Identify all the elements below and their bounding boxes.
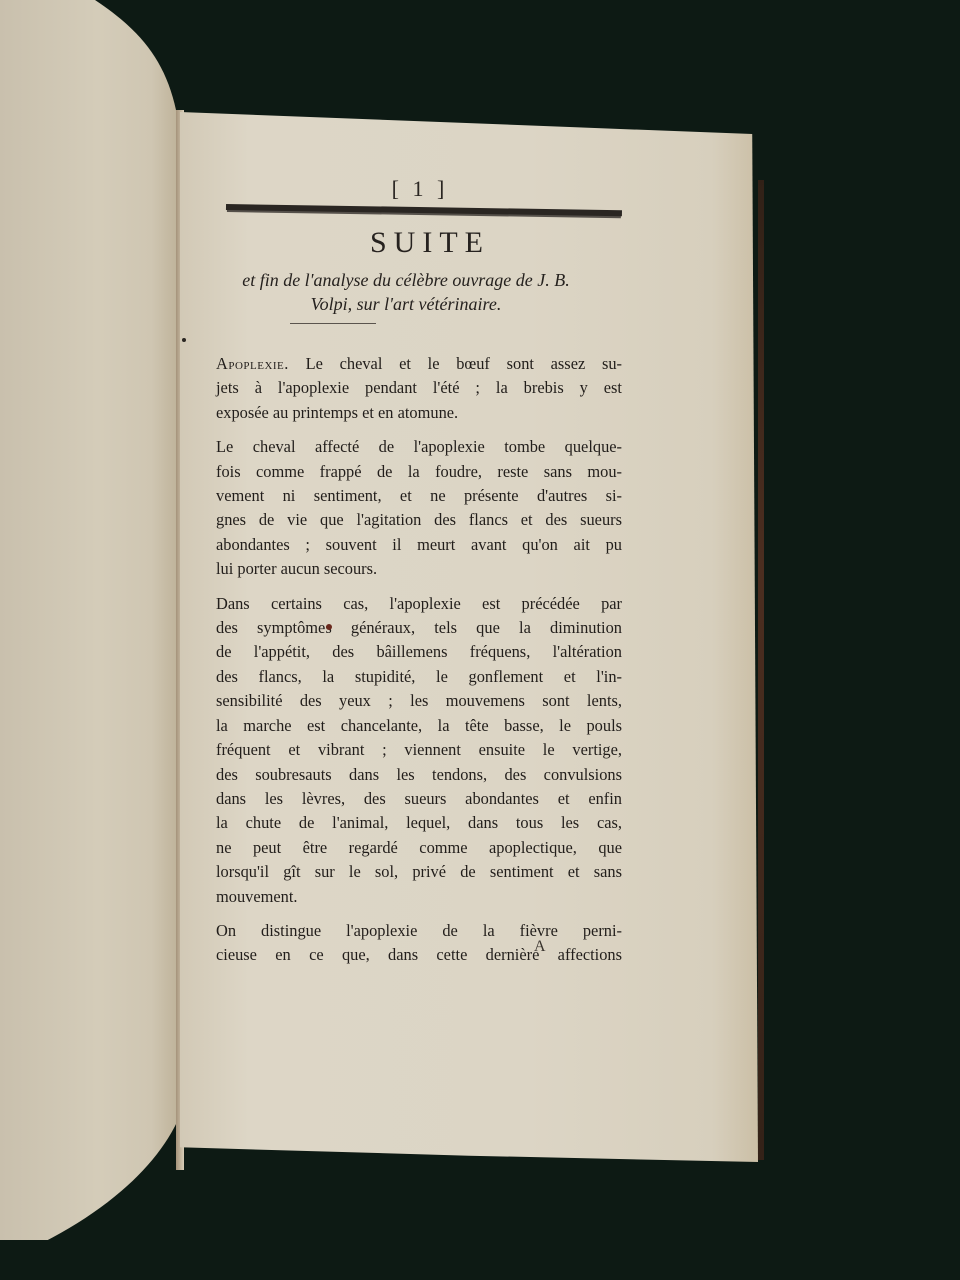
text-line: mouvement. <box>196 885 622 909</box>
text-line: exposée au printemps et en atomune. <box>196 401 622 425</box>
text-line: fréquent et vibrant ; viennent ensuite l… <box>196 738 622 762</box>
text-line: la chute de l'animal, lequel, dans tous … <box>196 811 622 835</box>
paragraph-apoplexie: Apoplexie. Le cheval et le bœuf sont ass… <box>196 352 622 425</box>
text-line: la marche est chancelante, la tête basse… <box>196 714 622 738</box>
page-number: [ 1 ] <box>390 176 450 202</box>
page-subtitle: et fin de l'analyse du célèbre ouvrage d… <box>196 268 616 316</box>
page-title: SUITE <box>300 226 560 260</box>
text-line: vement ni sentiment, et ne présente d'au… <box>196 484 622 508</box>
text-line: cieuse en ce que, dans cette dernière af… <box>196 943 622 967</box>
text-line: Le cheval affecté de l'apoplexie tombe q… <box>196 435 622 459</box>
paragraph-symptomes: Dans certains cas, l'apoplexie est précé… <box>196 592 622 909</box>
text-line: sensibilité des yeux ; les mouvemens son… <box>196 689 622 713</box>
subtitle-line-1: et fin de l'analyse du célèbre ouvrage d… <box>242 270 570 290</box>
margin-mark <box>182 338 186 342</box>
text-line: gnes de vie que l'agitation des flancs e… <box>196 508 622 532</box>
text-line: abondantes ; souvent il meurt avant qu'o… <box>196 533 622 557</box>
text-line: Dans certains cas, l'apoplexie est précé… <box>196 592 622 616</box>
text-line: de l'appétit, des bâillemens fréquens, l… <box>196 640 622 664</box>
ink-stain <box>326 624 332 630</box>
paragraph-distingue: On distingue l'apoplexie de la fièvre pe… <box>196 919 622 968</box>
body-text: Apoplexie. Le cheval et le bœuf sont ass… <box>196 352 622 978</box>
text-line: des flancs, la stupidité, le gonflement … <box>196 665 622 689</box>
subtitle-rule <box>290 323 376 324</box>
text-line: ne peut être regardé comme apoplectique,… <box>196 836 622 860</box>
subtitle-line-2: Volpi, sur l'art vétérinaire. <box>311 294 502 314</box>
text-line: jets à l'apoplexie pendant l'été ; la br… <box>196 376 622 400</box>
left-page <box>0 0 178 1240</box>
text-line: Apoplexie. Le cheval et le bœuf sont ass… <box>196 352 622 376</box>
text-line: On distingue l'apoplexie de la fièvre pe… <box>196 919 622 943</box>
signature-mark: A <box>534 938 546 956</box>
text-line: lorsqu'il gît sur le sol, privé de senti… <box>196 860 622 884</box>
text-line: des symptômes généraux, tels que la dimi… <box>196 616 622 640</box>
book-cover-edge <box>758 180 764 1160</box>
paragraph-cheval-affecte: Le cheval affecté de l'apoplexie tombe q… <box>196 435 622 581</box>
text-line: fois comme frappé de la foudre, reste sa… <box>196 460 622 484</box>
text-line: dans les lèvres, des sueurs abondantes e… <box>196 787 622 811</box>
text-line: lui porter aucun secours. <box>196 557 622 581</box>
section-lead: Apoplexie. <box>216 354 289 373</box>
text-line: des soubresauts dans les tendons, des co… <box>196 763 622 787</box>
